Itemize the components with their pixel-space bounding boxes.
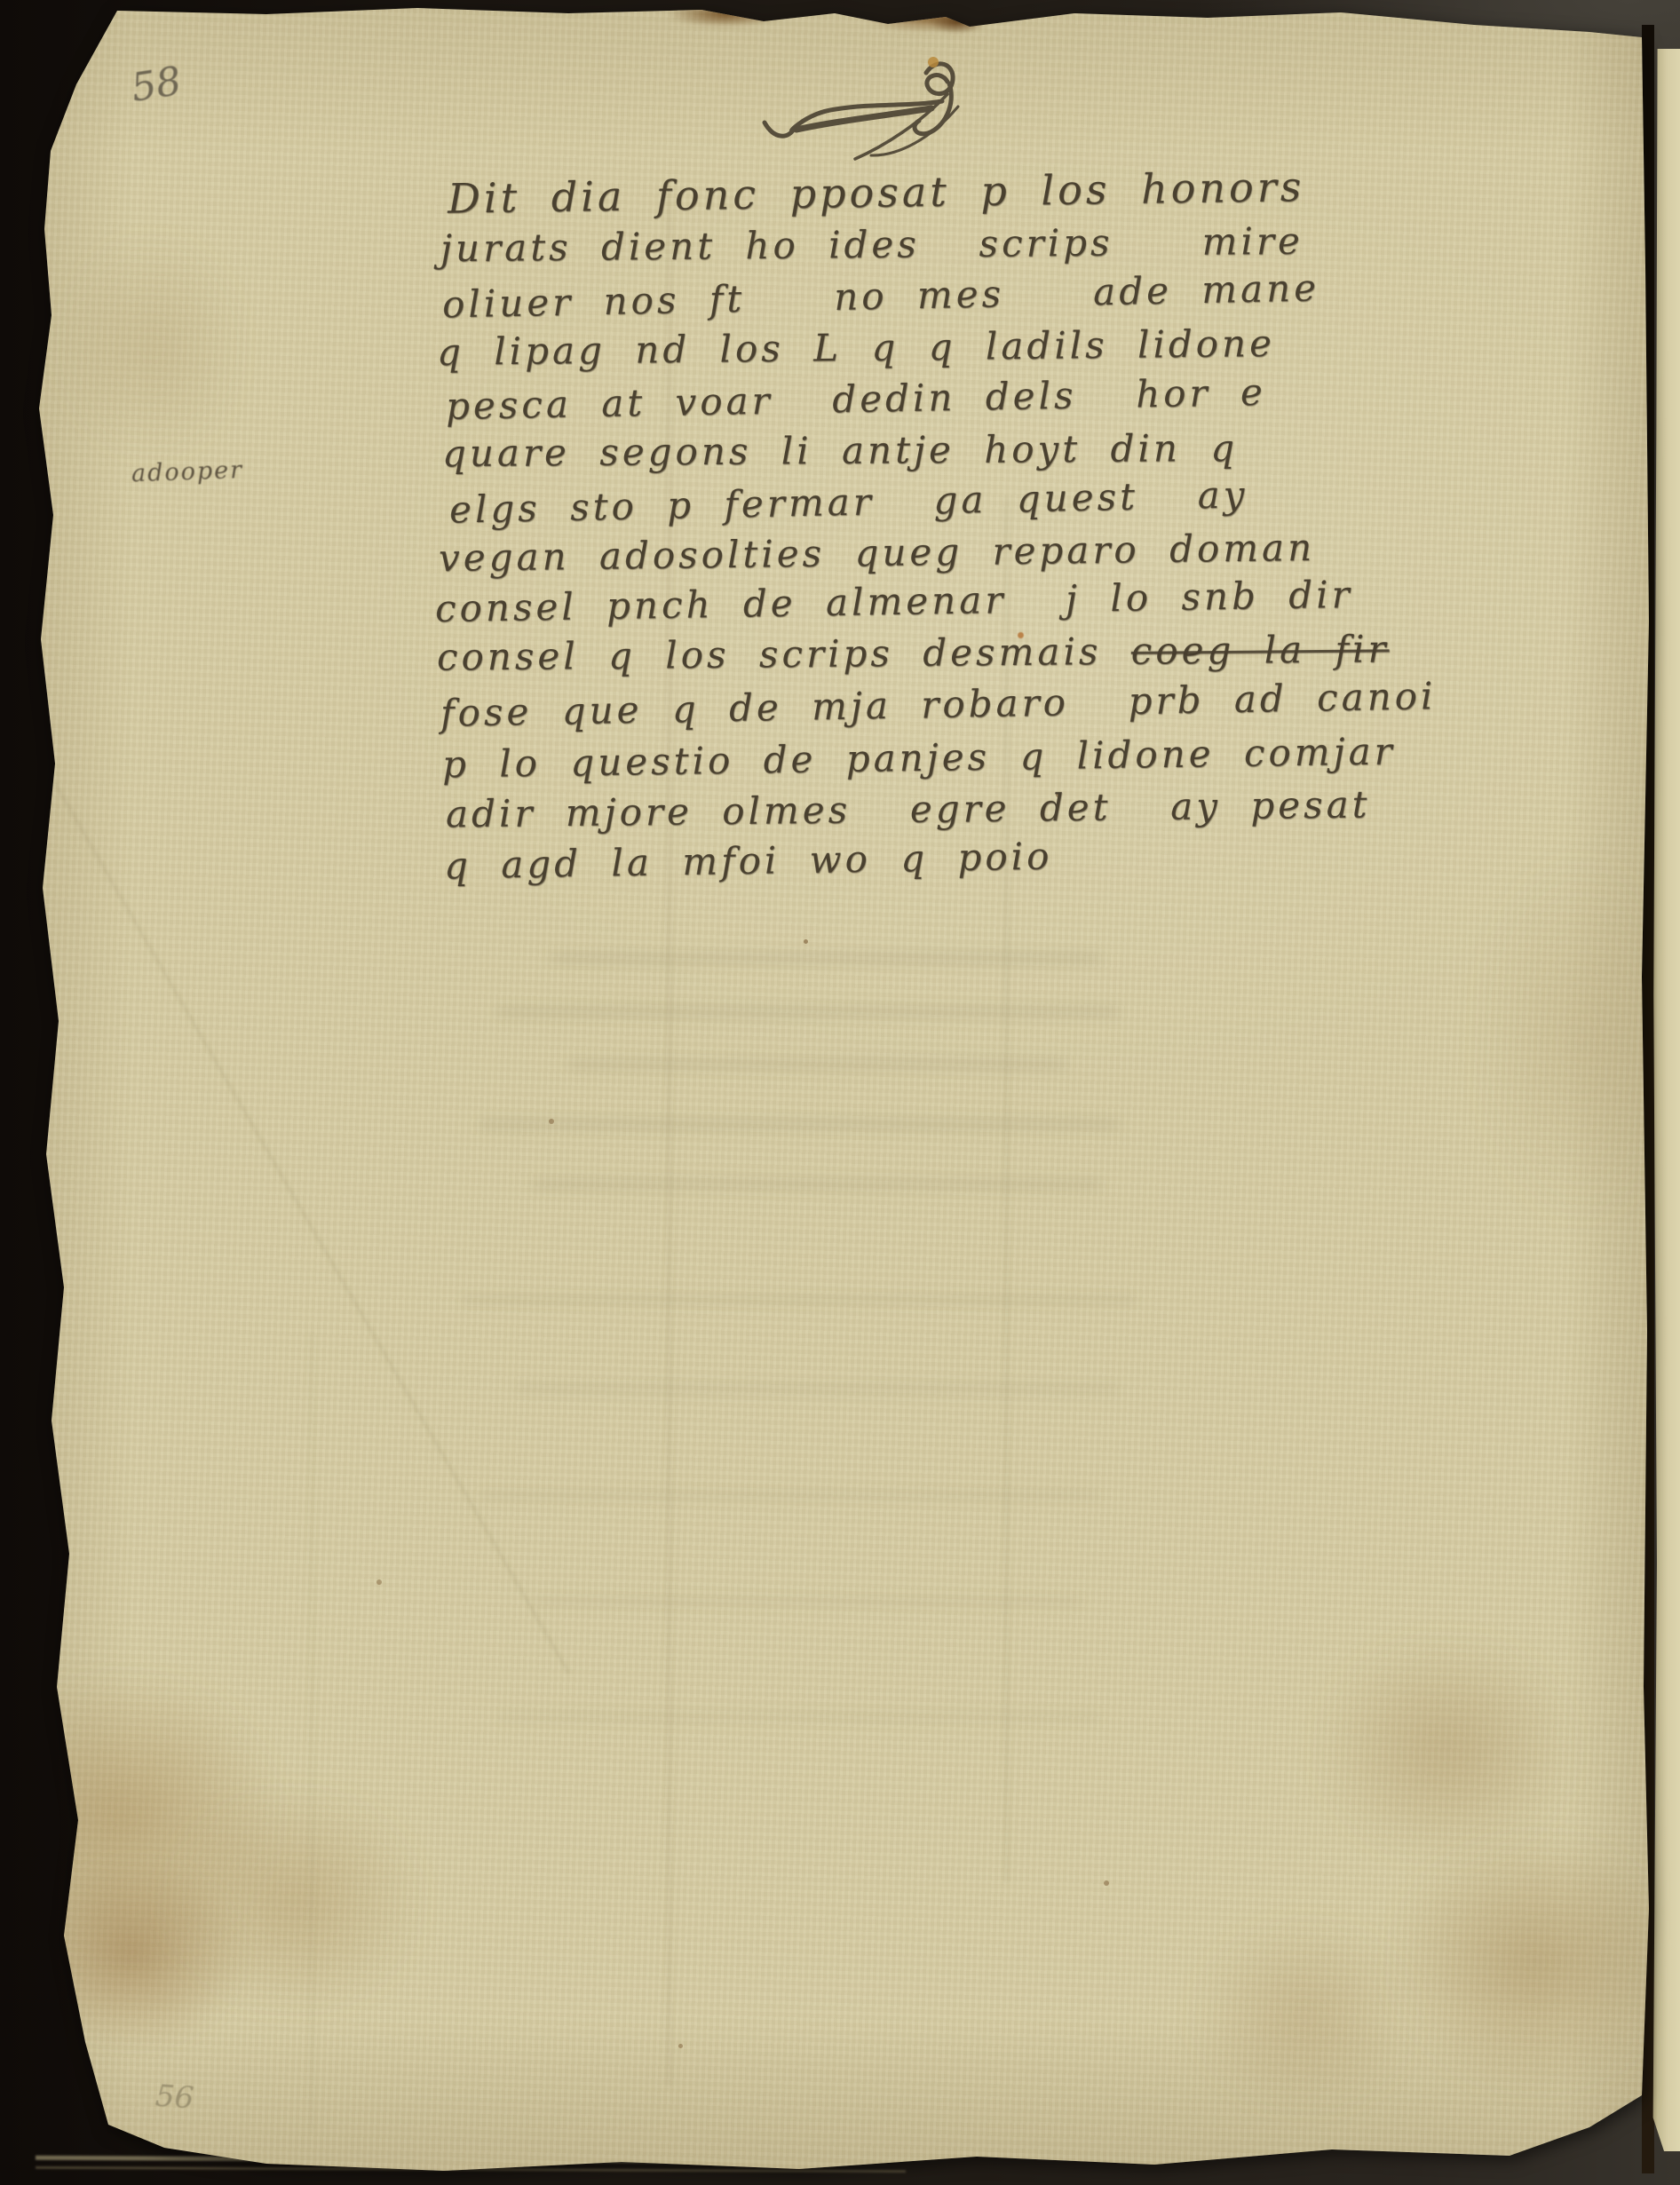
stain	[53, 231, 249, 462]
verso-show-through-line	[497, 1714, 1101, 1721]
stain	[1314, 1634, 1581, 1864]
verso-show-through-line	[568, 1061, 1066, 1068]
verso-show-through-line	[479, 1492, 1101, 1499]
crease-line	[311, 1332, 313, 2131]
manuscript-line: jurats dient ho ides scrips mire	[440, 219, 1304, 270]
verso-show-through-line	[462, 1296, 1137, 1303]
manuscript-line: vegan adosolties queg reparo doman	[439, 526, 1316, 580]
verso-show-through-line	[515, 1385, 1119, 1392]
manuscript-line: pesca at voar dedin dels hor e	[446, 370, 1267, 428]
margin-note: adooper	[131, 456, 243, 487]
stain	[18, 1856, 249, 2051]
manuscript-line: consel pnch de almenar j lo snb dir	[435, 573, 1353, 630]
manuscript-line: adir mjore olmes egre det ay pesat	[446, 783, 1371, 836]
manuscript-line: oliuer nos ft no mes ade mane	[442, 266, 1320, 327]
page-shadow-wrap: 58 56 adooper Dit dia fonc pposat p los …	[0, 0, 1680, 2185]
verso-show-through-line	[533, 1598, 1083, 1605]
folio-number-bottom: 56	[155, 2078, 195, 2117]
manuscript-page: 58 56 adooper Dit dia fonc pposat p los …	[0, 0, 1680, 2185]
manuscript-line: Dit dia fonc pposat p los honors	[448, 162, 1305, 222]
foxing-speck	[549, 1119, 554, 1124]
foxing-speck	[376, 1579, 382, 1585]
manuscript-text-block: Dit dia fonc pposat p los honors jurats …	[442, 0, 1348, 977]
folio-number-top: 58	[128, 59, 184, 111]
manuscript-line: p lo questio de panjes q lidone comjar	[442, 730, 1396, 787]
manuscript-line: quare segons li antje hoyt din q	[442, 426, 1238, 475]
verso-show-through-line	[533, 1181, 1101, 1188]
stain	[160, 1785, 426, 2015]
stain	[1385, 1829, 1680, 2095]
stain	[0, 1669, 284, 1962]
manuscript-photo: 58 56 adooper Dit dia fonc pposat p los …	[0, 0, 1680, 2185]
foxing-speck	[1104, 1880, 1109, 1886]
manuscript-line: fose que q de mja robaro prb ad canoi	[440, 674, 1437, 735]
manuscript-line: consel q los scrips desmais coeg la fir	[437, 627, 1390, 678]
foxing-speck	[678, 2044, 683, 2048]
stain	[1474, 852, 1680, 1225]
stain	[1190, 1918, 1421, 2113]
manuscript-line: q lipag nd los L q q ladils lidone	[437, 321, 1275, 374]
manuscript-line: elgs sto p fermar ga quest ay	[449, 472, 1248, 531]
verso-show-through-line	[497, 1008, 1119, 1016]
manuscript-line: q agd la mfoi wo q poio	[444, 835, 1053, 888]
verso-show-through-line	[479, 1120, 1119, 1128]
